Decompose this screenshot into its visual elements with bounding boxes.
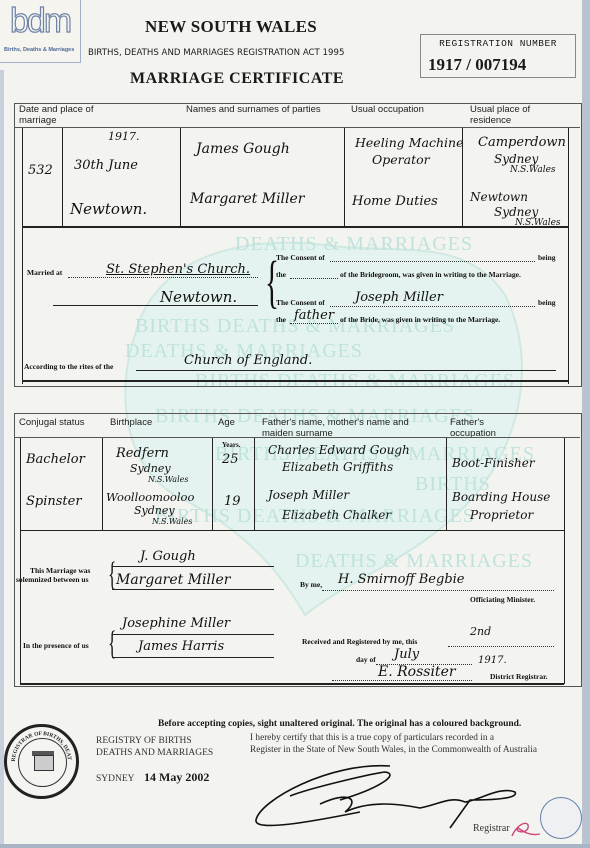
divider (20, 530, 564, 531)
registrar-line (332, 680, 472, 681)
birthplace: N.S.Wales (152, 517, 192, 526)
signature-line (112, 634, 274, 635)
groom-occupation: Operator (372, 152, 430, 167)
consent-label: The Consent of (276, 298, 325, 307)
mother-name: Elizabeth Chalker (282, 508, 391, 522)
married-at-line (68, 277, 258, 278)
age: 25 (222, 452, 239, 467)
solemnized-label: This Marriage was (30, 566, 90, 575)
birthplace: Sydney (130, 462, 171, 475)
marriage-year: 1917. (108, 130, 140, 143)
entry-number: 532 (28, 163, 53, 178)
logo-mark: bdm (10, 2, 70, 41)
col-header-age: Age (218, 417, 235, 428)
father-name: Joseph Miller (268, 488, 349, 502)
rites-label: According to the rites of the (24, 362, 113, 371)
certification-text: I hereby certify that this is a true cop… (250, 733, 537, 756)
issue-city: SYDNEY (96, 774, 135, 784)
col-header-date-place: Date and place of marriage (19, 104, 99, 126)
consent-line (290, 278, 338, 279)
col-header-parents: Father's name, mother's name and maiden … (262, 417, 427, 439)
divider (344, 128, 345, 226)
signature-line (112, 589, 274, 590)
divider (22, 226, 568, 228)
witness-signature: Josephine Miller (122, 616, 230, 631)
registry-name-line: DEATHS AND MARRIAGES (96, 747, 213, 759)
bdm-logo: bdm Births, Deaths & Marriages (0, 0, 81, 63)
certification-line: I hereby certify that this is a true cop… (250, 733, 537, 745)
col-header-birthplace: Birthplace (110, 417, 152, 428)
divider (20, 683, 564, 685)
married-at-value: St. Stephen's Church. (106, 262, 250, 277)
page-edge-right (582, 0, 590, 848)
authenticity-note: Before accepting copies, sight unaltered… (158, 719, 521, 729)
divider (62, 128, 63, 226)
received-label: Received and Registered by me, this (302, 637, 417, 646)
stamp-circle (540, 797, 582, 839)
father-occupation: Boot-Finisher (452, 456, 535, 470)
marriage-place: Newtown. (70, 200, 147, 218)
divider (180, 128, 181, 226)
page-edge-bottom (0, 844, 590, 848)
issue-date: 14 May 2002 (144, 770, 209, 785)
crest-icon (34, 755, 54, 771)
registrar-seal: REGISTRAR OF BIRTHS, DEATHS AND MARRIAGE… (4, 724, 79, 799)
conjugal-status: Bachelor (26, 452, 85, 467)
groom-name: James Gough (196, 141, 290, 157)
registry-name: REGISTRY OF BIRTHS DEATHS AND MARRIAGES (96, 735, 213, 759)
registry-name-line: REGISTRY OF BIRTHS (96, 735, 213, 747)
married-at-label: Married at (27, 268, 62, 277)
col-header-names: Names and surnames of parties (186, 104, 321, 115)
groom-signature: J. Gough (140, 549, 196, 564)
mother-name: Elizabeth Griffiths (282, 460, 393, 474)
bride-residence: N.S.Wales (515, 218, 561, 228)
conjugal-status: Spinster (26, 494, 82, 509)
divider (212, 438, 213, 530)
bride-residence: Sydney (494, 205, 538, 219)
birthplace: Sydney (134, 504, 175, 517)
registration-number-box: REGISTRATION NUMBER 1917 / 007194 (420, 34, 576, 78)
col-header-father-occupation: Father's occupation (450, 417, 520, 439)
registration-number: 1917 / 007194 (428, 55, 526, 75)
district-registrar-signature: E. Rossiter (378, 664, 456, 680)
consent-line (290, 323, 338, 324)
birthplace: Redfern (116, 446, 169, 461)
rites-value: Church of England. (184, 353, 312, 368)
signature-line (112, 566, 274, 567)
received-day: 2nd (470, 625, 491, 638)
consent-label: of the Bride, was given in writing to th… (340, 315, 500, 324)
solemnized-label: solemnized between us (16, 575, 89, 584)
minister-signature: H. Smirnoff Begbie (338, 572, 465, 587)
initials-mark-icon (508, 818, 542, 842)
groom-residence: Sydney (494, 152, 538, 166)
bride-consent-relation: father (294, 308, 334, 323)
col-header-occupation: Usual occupation (351, 104, 424, 115)
consent-label: being (538, 298, 556, 307)
logo-subtitle: Births, Deaths & Marriages (4, 47, 74, 53)
father-name: Charles Edward Gough (268, 443, 410, 457)
page-edge-left (0, 70, 4, 848)
state-title: NEW SOUTH WALES (145, 17, 317, 37)
bride-occupation: Home Duties (352, 194, 438, 209)
divider (568, 128, 569, 384)
certification-line: Register in the State of New South Wales… (250, 745, 537, 757)
father-occupation: Boarding House (452, 490, 550, 504)
by-me-label: By me, (300, 580, 322, 589)
groom-occupation: Heeling Machine (355, 135, 463, 150)
consent-label: of the Bridegroom, was given in writing … (340, 270, 521, 279)
father-occupation: Proprietor (470, 508, 533, 522)
divider (14, 437, 580, 438)
col-header-residence: Usual place of residence (470, 104, 560, 126)
bride-consent-name: Joseph Miller (355, 290, 443, 305)
birthplace: N.S.Wales (148, 475, 188, 484)
divider (446, 438, 447, 530)
consent-line (330, 306, 535, 307)
seal-inner-ring (18, 738, 67, 787)
act-title: BIRTHS, DEATHS AND MARRIAGES REGISTRATIO… (88, 48, 344, 58)
received-month: July (394, 647, 419, 662)
registrar-signature-icon (250, 760, 530, 832)
registrar-label: Registrar (473, 823, 510, 834)
consent-label: the (276, 315, 286, 324)
received-line (448, 646, 554, 647)
groom-residence: Camperdown (478, 135, 566, 150)
presence-label: In the presence of us (23, 641, 89, 650)
minister-title: Officiating Minister. (470, 595, 535, 604)
bride-signature: Margaret Miller (116, 572, 230, 588)
signature-line (112, 657, 274, 658)
minister-line (322, 590, 554, 591)
divider (564, 438, 565, 684)
col-header-status: Conjugal status (19, 417, 84, 428)
divider (14, 127, 580, 128)
day-of-label: day of (356, 655, 376, 664)
birthplace: Woolloomooloo (106, 490, 194, 504)
bride-name: Margaret Miller (190, 191, 304, 207)
consent-label: being (538, 253, 556, 262)
consent-line (330, 261, 535, 262)
divider (254, 438, 255, 530)
rites-line (136, 370, 556, 371)
bride-residence: Newtown (470, 190, 528, 204)
divider (22, 128, 23, 384)
divider (22, 380, 568, 382)
age-unit: Years. (222, 441, 240, 449)
divider (20, 438, 21, 684)
witness-signature: James Harris (138, 639, 224, 654)
district-registrar-label: District Registrar. (490, 672, 548, 681)
married-at-value: Newtown. (160, 288, 237, 306)
consent-label: the (276, 270, 286, 279)
registration-label: REGISTRATION NUMBER (421, 38, 575, 49)
marriage-date: 30th June (74, 158, 138, 173)
certificate-title: MARRIAGE CERTIFICATE (130, 70, 344, 88)
received-year: 1917. (478, 655, 507, 666)
age: 19 (224, 494, 241, 509)
consent-label: The Consent of (276, 253, 325, 262)
groom-residence: N.S.Wales (510, 165, 556, 175)
divider (102, 438, 103, 530)
